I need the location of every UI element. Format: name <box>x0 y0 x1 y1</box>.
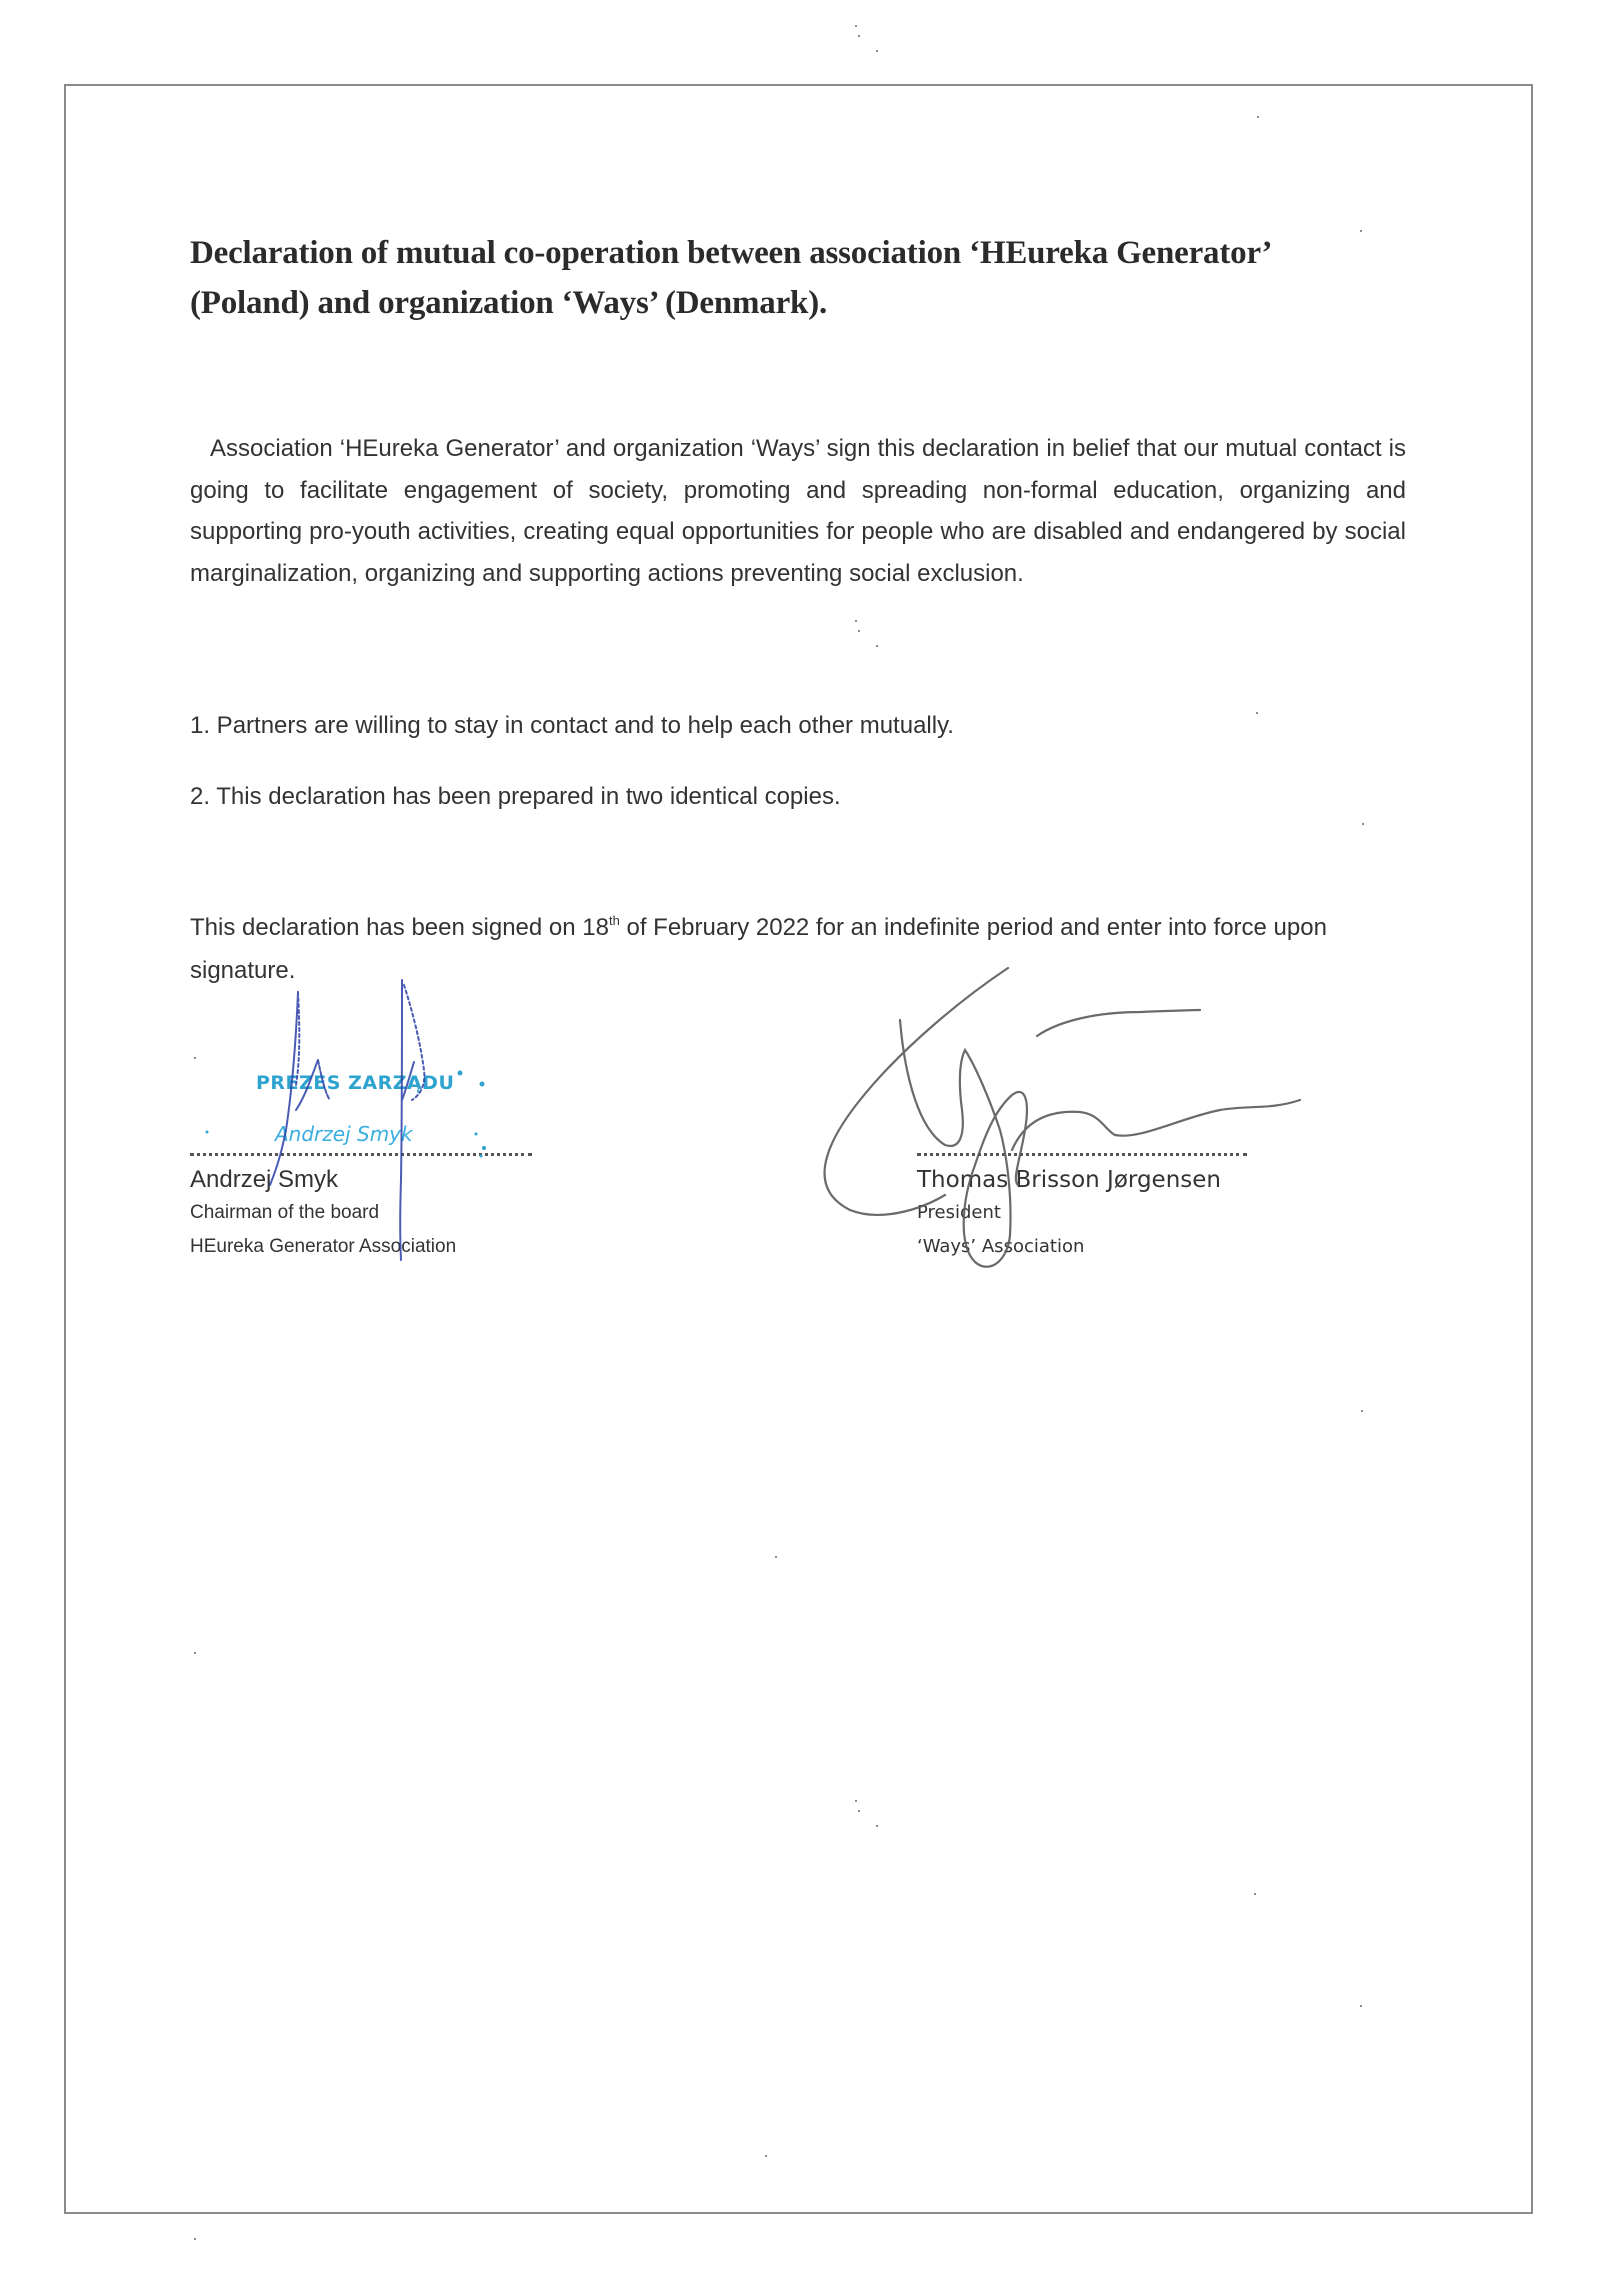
document-title: Declaration of mutual co-operation betwe… <box>190 228 1310 328</box>
scan-speck <box>876 50 878 52</box>
stamp-title: PREZES ZARZĄDU <box>256 1072 454 1094</box>
scan-speck <box>855 25 857 27</box>
scan-speck <box>876 1825 878 1827</box>
closing-statement: This declaration has been signed on 18th… <box>190 906 1390 992</box>
signature-block-heureka: Andrzej Smyk Chairman of the board HEure… <box>190 1140 550 1264</box>
scan-speck <box>1360 2005 1362 2007</box>
signature-block-ways: Thomas Brisson Jørgensen President ‘Ways… <box>917 1140 1337 1264</box>
scan-speck <box>1361 1410 1363 1412</box>
signatory-organization: HEureka Generator Association <box>190 1230 550 1264</box>
signatory-name: Andrzej Smyk <box>190 1164 550 1196</box>
scan-speck <box>1256 712 1258 714</box>
point-2: 2. This declaration has been prepared in… <box>190 782 841 812</box>
scan-speck <box>1257 116 1259 118</box>
scan-speck <box>855 1800 857 1802</box>
closing-text-before: This declaration has been signed on 18 <box>190 914 609 941</box>
point-1: 1. Partners are willing to stay in conta… <box>190 711 954 741</box>
intro-paragraph: Association ‘HEureka Generator’ and orga… <box>190 428 1406 594</box>
signatory-role: President <box>917 1196 1337 1230</box>
closing-ordinal-suffix: th <box>609 913 620 928</box>
signatory-role: Chairman of the board <box>190 1196 550 1230</box>
scan-speck <box>855 620 857 622</box>
scan-speck <box>775 1556 777 1558</box>
scan-speck <box>858 1810 860 1812</box>
scan-speck <box>194 2238 196 2240</box>
scan-speck <box>765 2155 767 2157</box>
scan-speck <box>194 1057 196 1059</box>
scan-speck <box>1254 1893 1256 1895</box>
scan-speck <box>1362 823 1364 825</box>
signatory-organization: ‘Ways’ Association <box>917 1230 1337 1264</box>
scan-speck <box>858 630 860 632</box>
intro-text: Association ‘HEureka Generator’ and orga… <box>190 435 1406 587</box>
scan-speck <box>194 1652 196 1654</box>
signature-line <box>917 1153 1247 1156</box>
scan-speck <box>1360 230 1362 232</box>
signatory-name: Thomas Brisson Jørgensen <box>917 1164 1337 1196</box>
scan-speck <box>876 645 878 647</box>
scan-speck <box>858 35 860 37</box>
signature-line <box>190 1153 532 1156</box>
